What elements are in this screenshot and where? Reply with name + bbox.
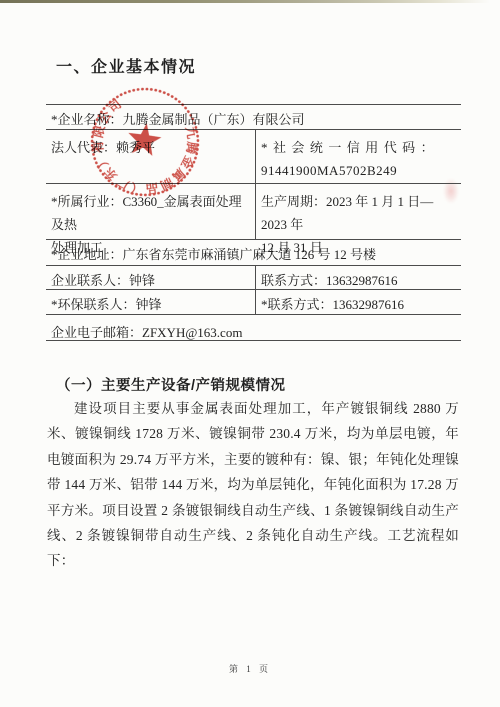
table-row-email: 企业电子邮箱：ZFXYH@163.com bbox=[46, 314, 461, 341]
env-contact-person-cell: *环保联系人：钟锋 bbox=[46, 290, 255, 314]
page-number-footer: 第 1 页 bbox=[0, 662, 500, 675]
contact-person-cell: 企业联系人：钟锋 bbox=[46, 266, 255, 289]
contact-phone-cell: 联系方式：13632987616 bbox=[255, 266, 461, 289]
credit-code-cell: *社会统一信用代码： 91441900MA5702B249 bbox=[255, 130, 461, 183]
seal-star-icon bbox=[123, 120, 167, 164]
production-period-line1: 生产周期：2023 年 1 月 1 日—2023 年 bbox=[261, 190, 459, 236]
scan-edge-artifact bbox=[0, 0, 500, 3]
table-row-env-contact: *环保联系人：钟锋 *联系方式：13632987616 bbox=[46, 289, 461, 314]
credit-code-value: 91441900MA5702B249 bbox=[261, 159, 459, 182]
section-title: 一、企业基本情况 bbox=[56, 54, 196, 77]
env-contact-phone-cell: *联系方式：13632987616 bbox=[255, 290, 461, 314]
email-cell: 企业电子邮箱：ZFXYH@163.com bbox=[46, 315, 461, 340]
credit-code-label: *社会统一信用代码： bbox=[261, 136, 459, 159]
address-cell: *企业地址：广东省东莞市麻涌镇广麻大道 126 号 12 号楼 bbox=[46, 240, 461, 265]
subsection-heading: （一）主要生产设备/产销规模情况 bbox=[56, 374, 286, 395]
table-row-address: *企业地址：广东省东莞市麻涌镇广麻大道 126 号 12 号楼 bbox=[46, 239, 461, 265]
project-description-paragraph: 建设项目主要从事金属表面处理加工，年产镀银铜线 2880 万米、镀镍铜线 172… bbox=[47, 396, 459, 574]
table-row-contact: 企业联系人：钟锋 联系方式：13632987616 bbox=[46, 265, 461, 289]
production-period-cell: 生产周期：2023 年 1 月 1 日—2023 年 12 月 31 日 bbox=[255, 184, 461, 239]
scanned-document-page: 一、企业基本情况 *企业名称：九腾金属制品（广东）有限公司 法人代表：赖秀平 *… bbox=[0, 0, 500, 707]
